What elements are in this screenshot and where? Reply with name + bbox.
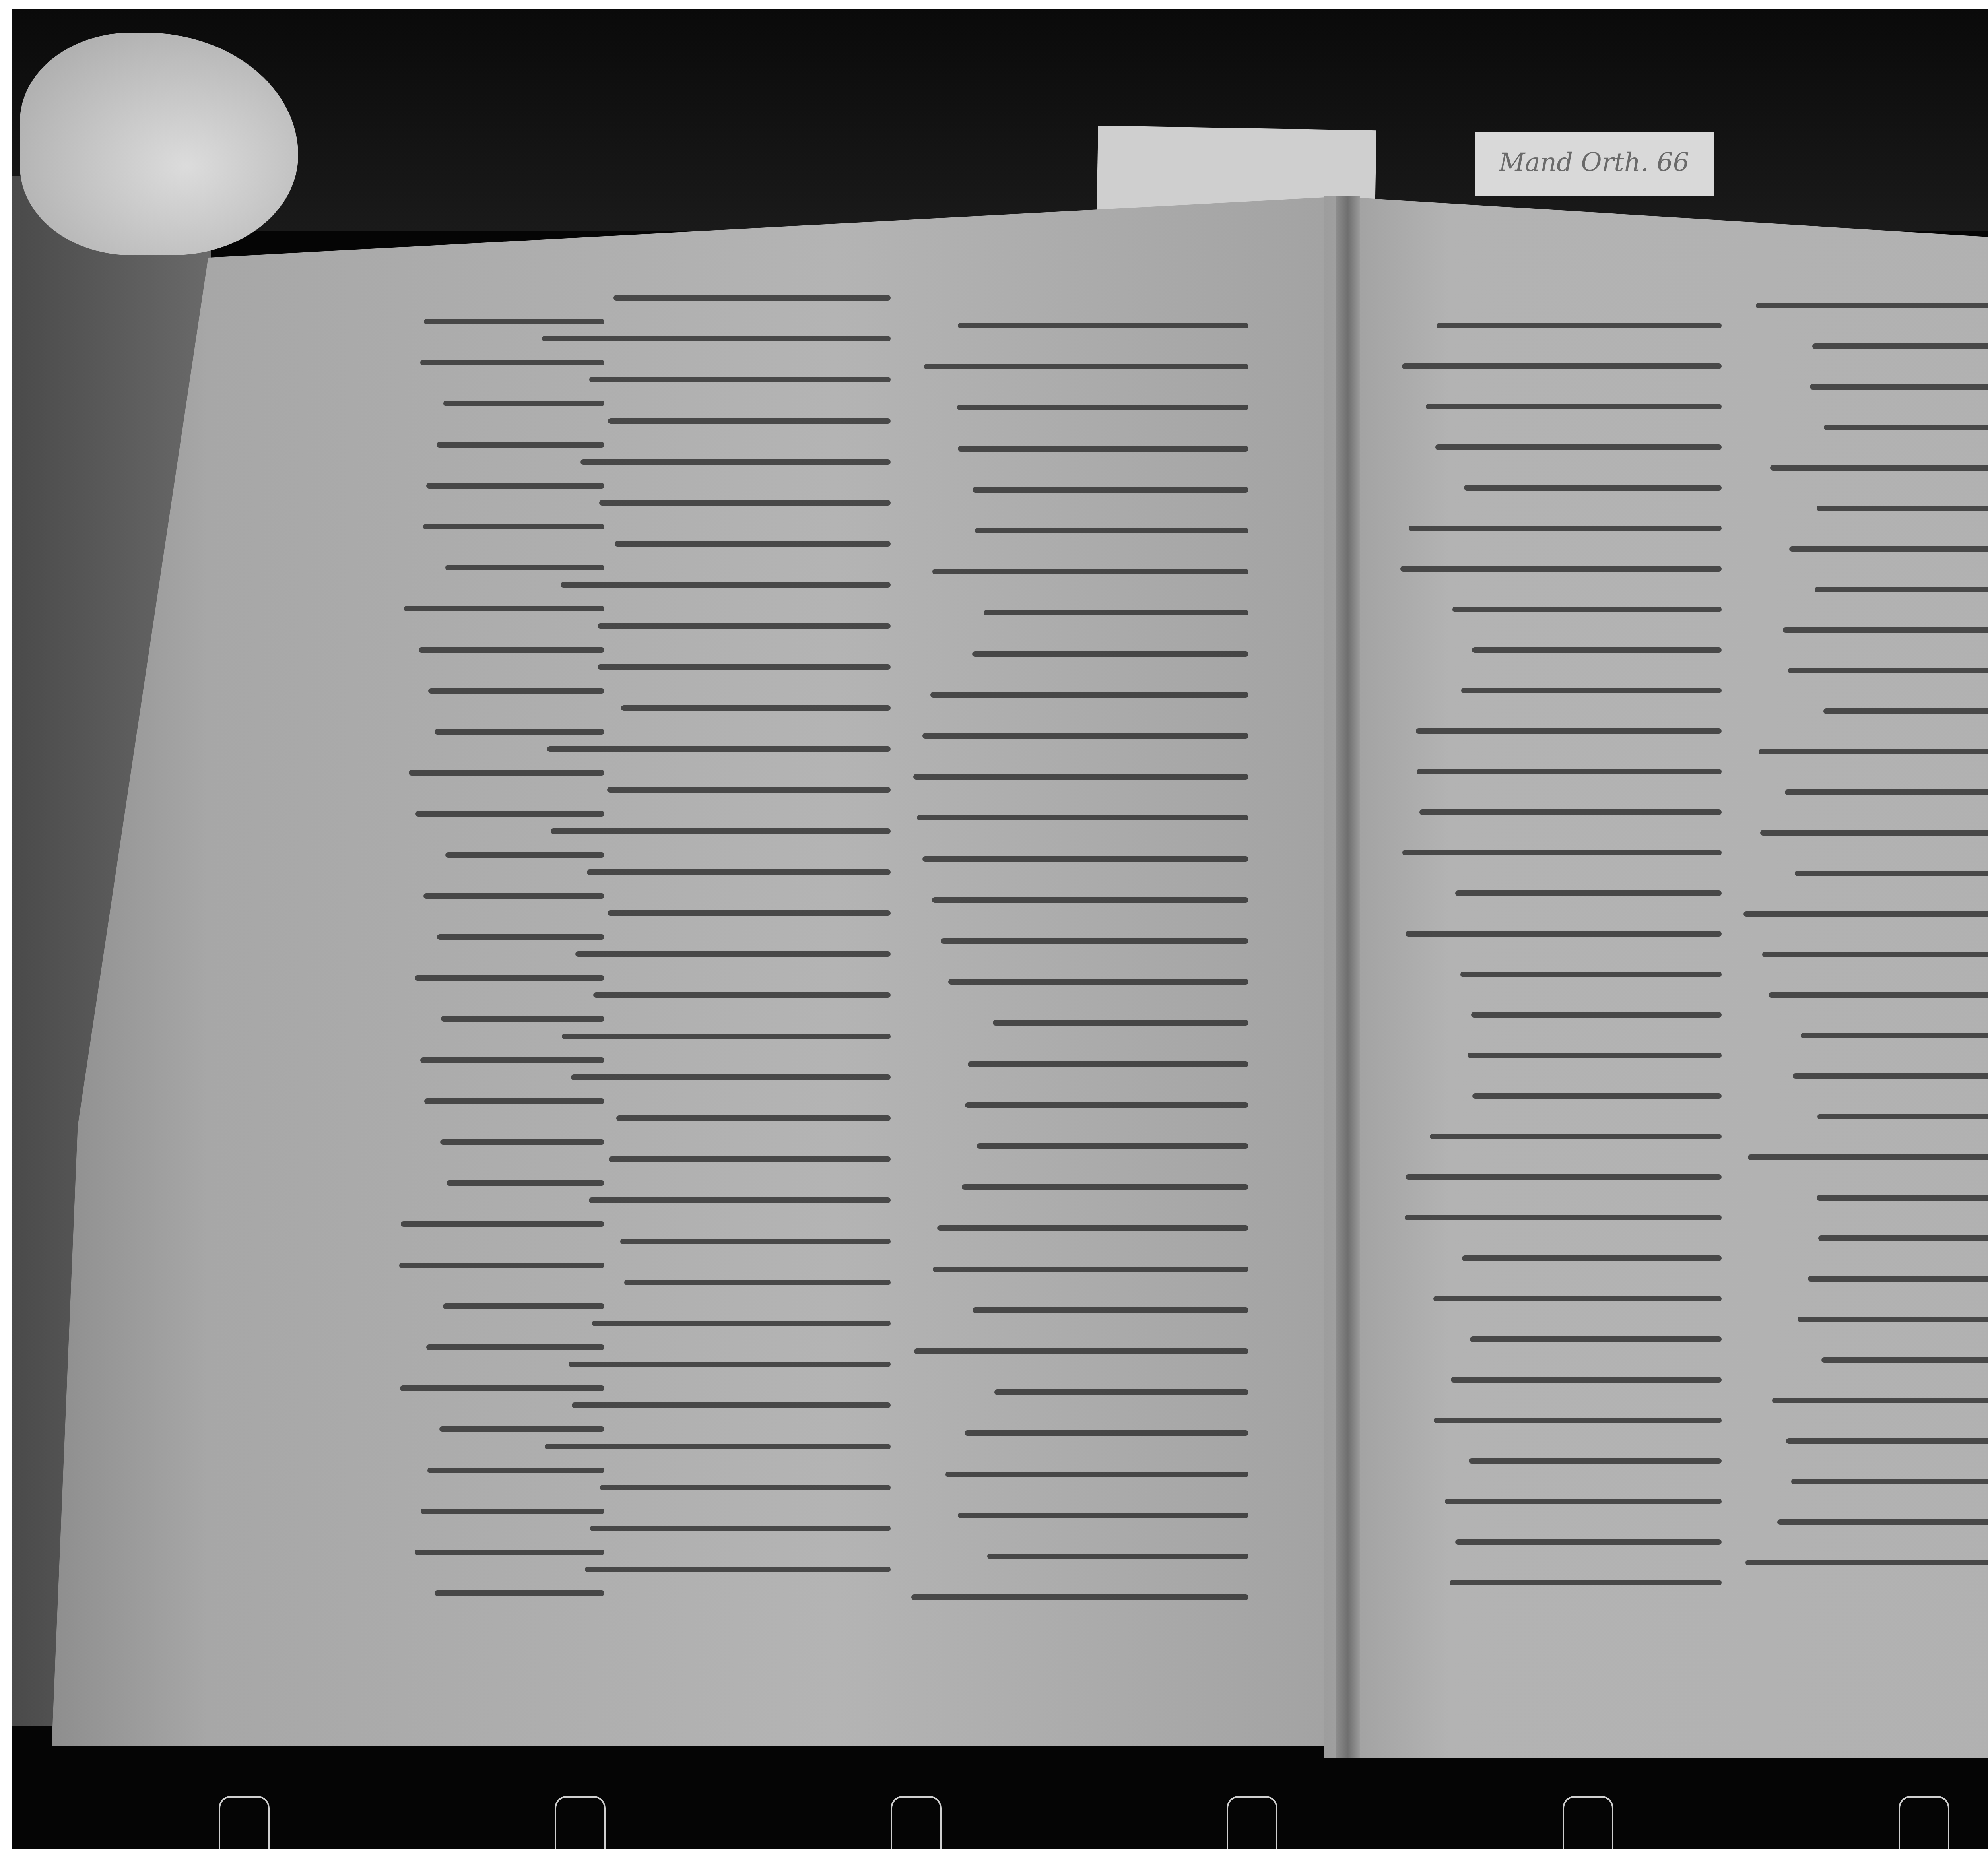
script-line — [1430, 1134, 1722, 1139]
script-line — [1472, 1093, 1722, 1099]
script-line — [428, 688, 604, 694]
script-line — [957, 405, 1248, 410]
script-line — [1824, 425, 1988, 430]
script-line — [933, 1267, 1248, 1272]
script-line — [439, 1426, 604, 1432]
script-line — [958, 446, 1248, 452]
script-line — [1808, 1276, 1988, 1282]
script-line — [399, 1263, 604, 1268]
sprocket-hole — [1563, 1796, 1613, 1849]
script-line — [975, 528, 1248, 533]
script-line — [435, 1590, 604, 1596]
script-line — [1762, 952, 1988, 957]
script-line — [965, 1102, 1248, 1108]
script-line — [1810, 384, 1988, 390]
script-line — [1471, 1012, 1722, 1018]
script-line — [1793, 1073, 1988, 1079]
dark-background — [12, 9, 1988, 231]
script-line — [590, 1526, 891, 1531]
script-line — [424, 1098, 604, 1104]
script-line — [545, 1444, 891, 1449]
script-line — [1812, 343, 1988, 349]
script-line — [1801, 1033, 1988, 1038]
script-line — [441, 1016, 604, 1022]
script-line — [1405, 1215, 1722, 1220]
script-line — [1821, 1357, 1988, 1363]
script-line — [437, 442, 604, 448]
script-line — [917, 815, 1248, 820]
script-line — [937, 1225, 1248, 1231]
script-line — [1455, 1539, 1722, 1545]
script-line — [1823, 708, 1988, 714]
script-line — [973, 1307, 1248, 1313]
script-line — [1400, 566, 1722, 572]
script-line — [932, 897, 1248, 903]
script-line — [930, 692, 1248, 698]
sprocket-hole — [891, 1796, 942, 1849]
script-line — [580, 459, 891, 465]
script-line — [1772, 1398, 1988, 1403]
script-line — [1759, 749, 1988, 754]
film-frame: Mand Orth. 66 — [12, 9, 1988, 1849]
script-line — [1760, 830, 1988, 836]
sprocket-hole — [1227, 1796, 1277, 1849]
script-line — [914, 1348, 1248, 1354]
script-line — [922, 856, 1248, 862]
script-line — [1783, 627, 1988, 633]
script-line — [409, 770, 604, 776]
script-line — [1818, 1235, 1988, 1241]
script-line — [562, 1034, 891, 1039]
script-line — [1406, 1174, 1722, 1180]
script-line — [1795, 871, 1988, 876]
script-line — [427, 1468, 604, 1473]
sprocket-hole — [1899, 1796, 1949, 1849]
script-line — [1462, 1255, 1722, 1261]
script-line — [599, 500, 891, 506]
script-line — [609, 1156, 891, 1162]
script-line — [589, 1197, 891, 1203]
script-line — [1469, 1458, 1722, 1464]
script-line — [1756, 303, 1988, 308]
script-line — [1791, 1479, 1988, 1484]
script-line — [593, 992, 891, 998]
script-line — [911, 1594, 1248, 1600]
script-line — [1470, 1336, 1722, 1342]
script-line — [426, 1344, 604, 1350]
script-line — [621, 705, 891, 711]
script-line — [1464, 485, 1722, 491]
script-line — [572, 1402, 891, 1408]
script-line — [415, 975, 604, 981]
script-line — [415, 811, 604, 817]
script-line — [620, 1239, 891, 1244]
script-line — [420, 1057, 604, 1063]
script-line — [443, 401, 604, 406]
script-line — [598, 623, 891, 629]
script-line — [962, 1184, 1248, 1190]
script-line — [561, 582, 891, 588]
script-line — [1770, 465, 1988, 471]
script-line — [948, 979, 1248, 985]
script-line — [400, 1385, 604, 1391]
script-line — [958, 323, 1248, 328]
script-line — [547, 746, 891, 752]
script-line — [443, 1303, 604, 1309]
script-line — [608, 418, 891, 424]
script-line — [1817, 506, 1988, 511]
script-line — [1468, 1053, 1722, 1058]
sprocket-hole — [555, 1796, 606, 1849]
script-line — [984, 610, 1248, 615]
script-line — [421, 1509, 604, 1514]
script-line — [1786, 1438, 1988, 1444]
script-line — [1435, 444, 1722, 450]
script-line — [1450, 1580, 1722, 1585]
script-line — [1417, 769, 1722, 774]
script-line — [447, 1180, 604, 1186]
script-line — [973, 487, 1248, 493]
script-line — [945, 1472, 1248, 1477]
script-line — [1451, 1377, 1722, 1383]
script-line — [1460, 972, 1722, 977]
script-line — [972, 651, 1248, 657]
script-line — [1769, 992, 1988, 998]
film-sprocket-row — [12, 1790, 1988, 1849]
script-line — [1455, 890, 1722, 896]
script-line — [575, 951, 891, 957]
script-line — [615, 541, 891, 547]
script-line — [1434, 1418, 1722, 1423]
script-line — [965, 1430, 1248, 1436]
script-line — [613, 295, 891, 301]
script-line — [598, 664, 891, 670]
sprocket-hole — [219, 1796, 270, 1849]
script-line — [958, 1513, 1248, 1518]
script-line — [932, 569, 1248, 574]
script-line — [1748, 1154, 1988, 1160]
script-line — [437, 934, 604, 940]
script-line — [571, 1074, 891, 1080]
script-line — [401, 1221, 604, 1227]
script-line — [994, 1389, 1248, 1395]
script-line — [551, 828, 891, 834]
script-line — [1402, 363, 1722, 369]
script-line — [1409, 526, 1722, 531]
script-line — [1798, 1317, 1988, 1322]
script-line — [1402, 850, 1722, 855]
script-line — [440, 1139, 604, 1145]
script-line — [592, 1321, 891, 1326]
script-line — [1743, 911, 1988, 917]
script-line — [1785, 789, 1988, 795]
script-line — [589, 377, 891, 382]
script-line — [585, 1567, 891, 1572]
script-line — [1433, 1296, 1722, 1301]
script-line — [419, 647, 604, 653]
script-line — [600, 1485, 891, 1490]
script-line — [542, 336, 891, 341]
script-line — [1426, 404, 1722, 409]
script-line — [423, 893, 604, 899]
script-line — [1416, 728, 1722, 734]
script-line — [1745, 1560, 1988, 1565]
script-line — [1788, 668, 1988, 673]
script-line — [1445, 1499, 1722, 1504]
script-line — [977, 1143, 1248, 1149]
script-line — [424, 319, 604, 324]
script-line — [608, 910, 891, 916]
script-line — [993, 1020, 1248, 1026]
script-line — [1437, 323, 1722, 328]
script-line — [1789, 546, 1988, 552]
script-line — [404, 606, 604, 611]
script-line — [968, 1061, 1248, 1067]
script-line — [1406, 931, 1722, 937]
book-gutter — [1336, 196, 1360, 1758]
script-line — [1472, 647, 1722, 653]
script-line — [423, 524, 604, 529]
script-line — [987, 1554, 1248, 1559]
script-line — [587, 869, 891, 875]
script-line — [624, 1280, 891, 1285]
script-line — [445, 852, 604, 858]
script-line — [1419, 809, 1722, 815]
script-line — [1777, 1519, 1988, 1525]
script-line — [426, 483, 604, 489]
script-line — [1461, 688, 1722, 693]
script-line — [941, 938, 1248, 944]
script-line — [616, 1115, 891, 1121]
script-line — [420, 360, 604, 365]
script-line — [1452, 607, 1722, 612]
shelfmark-text: Mand Orth. 66 — [1499, 148, 1689, 177]
script-line — [913, 774, 1248, 780]
script-line — [607, 787, 891, 793]
script-line — [415, 1550, 604, 1555]
script-line — [924, 364, 1248, 369]
script-line — [922, 733, 1248, 739]
script-line — [445, 565, 604, 570]
shelfmark-label: Mand Orth. 66 — [1475, 132, 1714, 196]
script-line — [435, 729, 604, 735]
script-line — [1815, 587, 1988, 592]
script-line — [569, 1362, 891, 1367]
script-line — [1817, 1114, 1988, 1119]
script-line — [1817, 1195, 1988, 1201]
